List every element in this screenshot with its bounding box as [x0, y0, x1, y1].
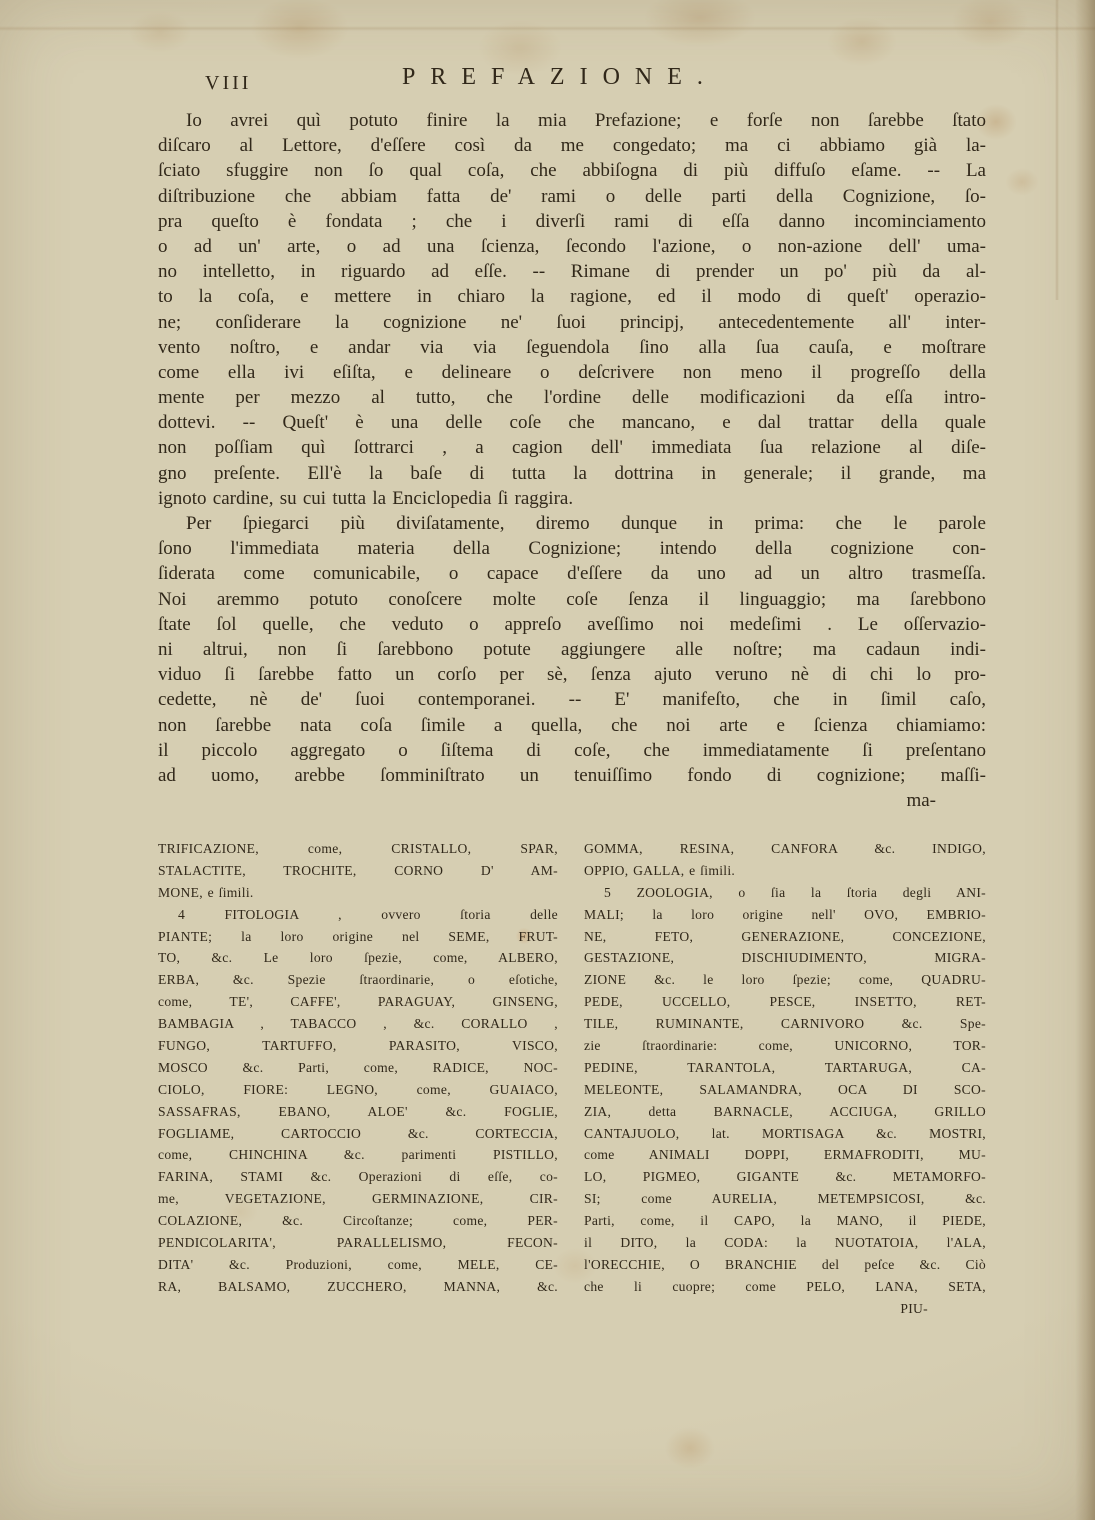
text-line: Per ſpiegarci più diviſatamente, diremo … [158, 511, 986, 536]
left-column: TRIFICAZIONE, come, CRISTALLO, SPAR,STAL… [158, 838, 558, 1298]
page-right-edge-shadow [1075, 0, 1095, 1520]
text-line: diſtribuzione che abbiam fatta de' rami … [158, 184, 986, 209]
text-line: ad uomo, arebbe ſomminiſtrato un tenuiſſ… [158, 763, 986, 788]
text-line: ſono l'immediata materia della Cognizion… [158, 536, 986, 561]
text-line: FARINA, STAMI &c. Operazioni di eſſe, co… [158, 1166, 558, 1188]
main-text-block: Io avrei quì potuto finire la mia Prefaz… [158, 108, 986, 813]
text-line: to la coſa, e mettere in chiaro la ragio… [158, 284, 986, 309]
text-line: come, CHINCHINA &c. parimenti PISTILLO, [158, 1144, 558, 1166]
text-line: l'ORECCHIE, O BRANCHIE del peſce &c. Ciò [584, 1254, 986, 1276]
text-line: TO, &c. Le loro ſpezie, come, ALBERO, [158, 947, 558, 969]
text-line: FOGLIAME, CARTOCCIO &c. CORTECCIA, [158, 1123, 558, 1145]
text-line: STALACTITE, TROCHITE, CORNO D' AM- [158, 860, 558, 882]
text-line: Noi aremmo potuto conoſcere molte coſe ſ… [158, 587, 986, 612]
text-line: che li cuopre; come PELO, LANA, SETA, [584, 1276, 986, 1298]
text-line: MALI; la loro origine nell' OVO, EMBRIO- [584, 904, 986, 926]
text-line: 4 FITOLOGIA , ovvero ſtoria delle [158, 904, 558, 926]
text-line: RA, BALSAMO, ZUCCHERO, MANNA, &c. [158, 1276, 558, 1298]
text-line: dottevi. -- Queſt' è una delle coſe che … [158, 410, 986, 435]
text-line: LO, PIGMEO, GIGANTE &c. METAMORFO- [584, 1166, 986, 1188]
main-paragraph-lines: Io avrei quì potuto finire la mia Prefaz… [158, 108, 986, 788]
main-catchword: ma- [158, 788, 986, 813]
text-line: ERBA, &c. Spezie ſtraordinarie, o eſotic… [158, 969, 558, 991]
text-line: OPPIO, GALLA, e ſimili. [584, 860, 986, 882]
text-line: mente per mezzo al tutto, che l'ordine d… [158, 385, 986, 410]
text-line: vento noſtro, e andar via via ſeguendola… [158, 335, 986, 360]
text-line: PENDICOLARITA', PARALLELISMO, FECON- [158, 1232, 558, 1254]
text-line: zie ſtraordinarie: come, UNICORNO, TOR- [584, 1035, 986, 1057]
text-line: non poſſiam quì ſottrarci , a cagion del… [158, 435, 986, 460]
left-column-lines: TRIFICAZIONE, come, CRISTALLO, SPAR,STAL… [158, 838, 558, 1298]
text-line: CIOLO, FIORE: LEGNO, come, GUAIACO, [158, 1079, 558, 1101]
text-line: SI; come AURELIA, METEMPSICOSI, &c. [584, 1188, 986, 1210]
text-line: GESTAZIONE, DISCHIUDIMENTO, MIGRA- [584, 947, 986, 969]
text-line: PEDINE, TARANTOLA, TARTARUGA, CA- [584, 1057, 986, 1079]
text-line: SASSAFRAS, EBANO, ALOE' &c. FOGLIE, [158, 1101, 558, 1123]
text-line: 5 ZOOLOGIA, o ſia la ſtoria degli ANI- [584, 882, 986, 904]
text-line: DITA' &c. Produzioni, come, MELE, CE- [158, 1254, 558, 1276]
text-line: GOMMA, RESINA, CANFORA &c. INDIGO, [584, 838, 986, 860]
text-line: BAMBAGIA , TABACCO , &c. CORALLO , [158, 1013, 558, 1035]
text-line: ſtate ſol quelle, che veduto o appreſo a… [158, 612, 986, 637]
text-line: ignoto cardine, su cui tutta la Enciclop… [158, 486, 986, 511]
text-line: ZIA, detta BARNACLE, ACCIUGA, GRILLO [584, 1101, 986, 1123]
text-line: no intelletto, in riguardo ad eſſe. -- R… [158, 259, 986, 284]
right-column-lines: GOMMA, RESINA, CANFORA &c. INDIGO,OPPIO,… [584, 838, 986, 1298]
text-line: NE, FETO, GENERAZIONE, CONCEZIONE, [584, 926, 986, 948]
text-line: ſciato sfuggire non ſo qual coſa, che ab… [158, 158, 986, 183]
text-line: come, TE', CAFFE', PARAGUAY, GINSENG, [158, 991, 558, 1013]
text-line: come ANIMALI DOPPI, ERMAFRODITI, MU- [584, 1144, 986, 1166]
text-line: come ella ivi eſiſta, e delineare o deſc… [158, 360, 986, 385]
text-line: ne; conſiderare la cognizione ne' ſuoi p… [158, 310, 986, 335]
page-catchword: PIU- [584, 1298, 986, 1320]
text-line: ZIONE &c. le loro ſpezie; come, QUADRU- [584, 969, 986, 991]
text-line: il piccolo aggregato o ſiſtema di coſe, … [158, 738, 986, 763]
text-line: PEDE, UCCELLO, PESCE, INSETTO, RET- [584, 991, 986, 1013]
text-line: o ad un' arte, o ad una ſcienza, ſecondo… [158, 234, 986, 259]
page-title: PREFAZIONE. [402, 64, 718, 91]
text-line: CANTAJUOLO, lat. MORTISAGA &c. MOSTRI, [584, 1123, 986, 1145]
text-line: pra queſto è fondata ; che i diverſi ram… [158, 209, 986, 234]
text-line: Io avrei quì potuto finire la mia Prefaz… [158, 108, 986, 133]
right-column: GOMMA, RESINA, CANFORA &c. INDIGO,OPPIO,… [584, 838, 986, 1320]
vertical-paper-crease [1055, 0, 1059, 300]
text-line: me, VEGETAZIONE, GERMINAZIONE, CIR- [158, 1188, 558, 1210]
text-line: gno preſente. Ell'è la baſe di tutta la … [158, 461, 986, 486]
text-line: TILE, RUMINANTE, CARNIVORO &c. Spe- [584, 1013, 986, 1035]
text-line: diſcaro al Lettore, d'eſſere così da me … [158, 133, 986, 158]
text-line: MOSCO &c. Parti, come, RADICE, NOC- [158, 1057, 558, 1079]
horizontal-paper-crease [0, 26, 1095, 31]
page-number: VIII [205, 72, 251, 95]
text-line: MELEONTE, SALAMANDRA, OCA DI SCO- [584, 1079, 986, 1101]
text-line: COLAZIONE, &c. Circoſtanze; come, PER- [158, 1210, 558, 1232]
text-line: ſiderata come comunicabile, o capace d'e… [158, 561, 986, 586]
text-line: non ſarebbe nata coſa ſimile a quella, c… [158, 713, 986, 738]
text-line: TRIFICAZIONE, come, CRISTALLO, SPAR, [158, 838, 558, 860]
text-line: cedette, nè de' ſuoi contemporanei. -- E… [158, 687, 986, 712]
text-line: il DITO, la CODA: la NUOTATOIA, l'ALA, [584, 1232, 986, 1254]
text-line: FUNGO, TARTUFFO, PARASITO, VISCO, [158, 1035, 558, 1057]
text-line: MONE, e ſimili. [158, 882, 558, 904]
text-line: PIANTE; la loro origine nel SEME, FRUT- [158, 926, 558, 948]
text-line: ni altrui, non ſi ſarebbono potute aggiu… [158, 637, 986, 662]
book-page-scan: VIII PREFAZIONE. Io avrei quì potuto fin… [0, 0, 1095, 1520]
text-line: Parti, come, il CAPO, la MANO, il PIEDE, [584, 1210, 986, 1232]
text-line: viduo ſi ſarebbe fatto un corſo per sè, … [158, 662, 986, 687]
